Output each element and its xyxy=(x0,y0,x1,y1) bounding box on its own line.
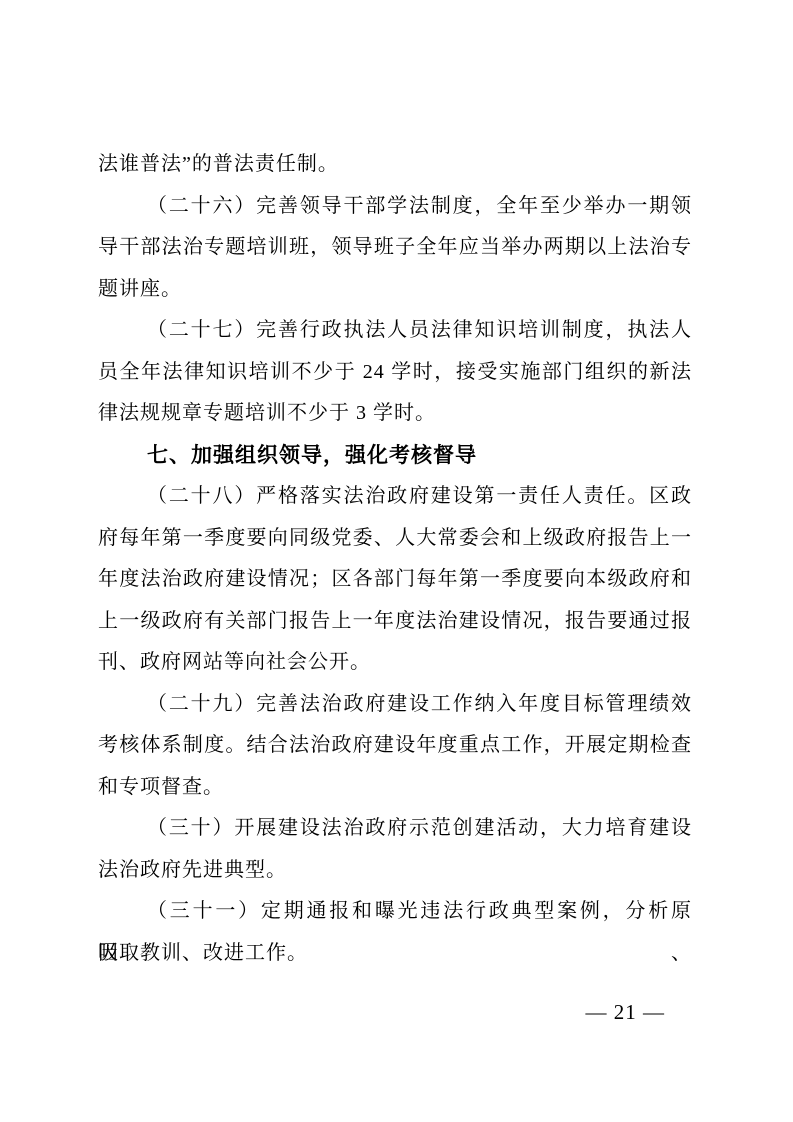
text-line: 题讲座。 xyxy=(98,269,692,311)
text-line: （二十八）严格落实法治政府建设第一责任人责任。区政 xyxy=(98,476,692,518)
text-line: （三十）开展建设法治政府示范创建活动，大力培育建设 xyxy=(98,808,692,850)
text-line: 上一级政府有关部门报告上一年度法治建设情况，报告要通过报 xyxy=(98,601,692,643)
text-line: 考核体系制度。结合法治政府建设年度重点工作，开展定期检查 xyxy=(98,725,692,767)
document-page: 法谁普法”的普法责任制。（二十六）完善领导干部学法制度，全年至少举办一期领导干部… xyxy=(0,0,793,1122)
text-line: 府每年第一季度要向同级党委、人大常委会和上级政府报告上一 xyxy=(98,518,692,560)
text-line: （二十七）完善行政执法人员法律知识培训制度，执法人 xyxy=(98,310,692,352)
text-line: 律法规规章专题培训不少于 3 学时。 xyxy=(98,393,692,435)
text-content: 法谁普法”的普法责任制。（二十六）完善领导干部学法制度，全年至少举办一期领导干部… xyxy=(98,144,692,974)
text-line: 和专项督查。 xyxy=(98,767,692,809)
text-line: （三十一）定期通报和曝光违法行政典型案例，分析原因、 xyxy=(98,891,692,933)
text-line: （二十九）完善法治政府建设工作纳入年度目标管理绩效 xyxy=(98,684,692,726)
section-heading: 七、加强组织领导，强化考核督导 xyxy=(98,435,692,477)
text-line: （二十六）完善领导干部学法制度，全年至少举办一期领 xyxy=(98,186,692,228)
text-line: 刊、政府网站等向社会公开。 xyxy=(98,642,692,684)
text-line: 法谁普法”的普法责任制。 xyxy=(98,144,692,186)
text-line: 法治政府先进典型。 xyxy=(98,850,692,892)
text-line: 年度法治政府建设情况；区各部门每年第一季度要向本级政府和 xyxy=(98,559,692,601)
text-line: 员全年法律知识培训不少于 24 学时，接受实施部门组织的新法 xyxy=(98,352,692,394)
text-line: 导干部法治专题培训班，领导班子全年应当举办两期以上法治专 xyxy=(98,227,692,269)
page-number: — 21 — xyxy=(586,998,666,1026)
